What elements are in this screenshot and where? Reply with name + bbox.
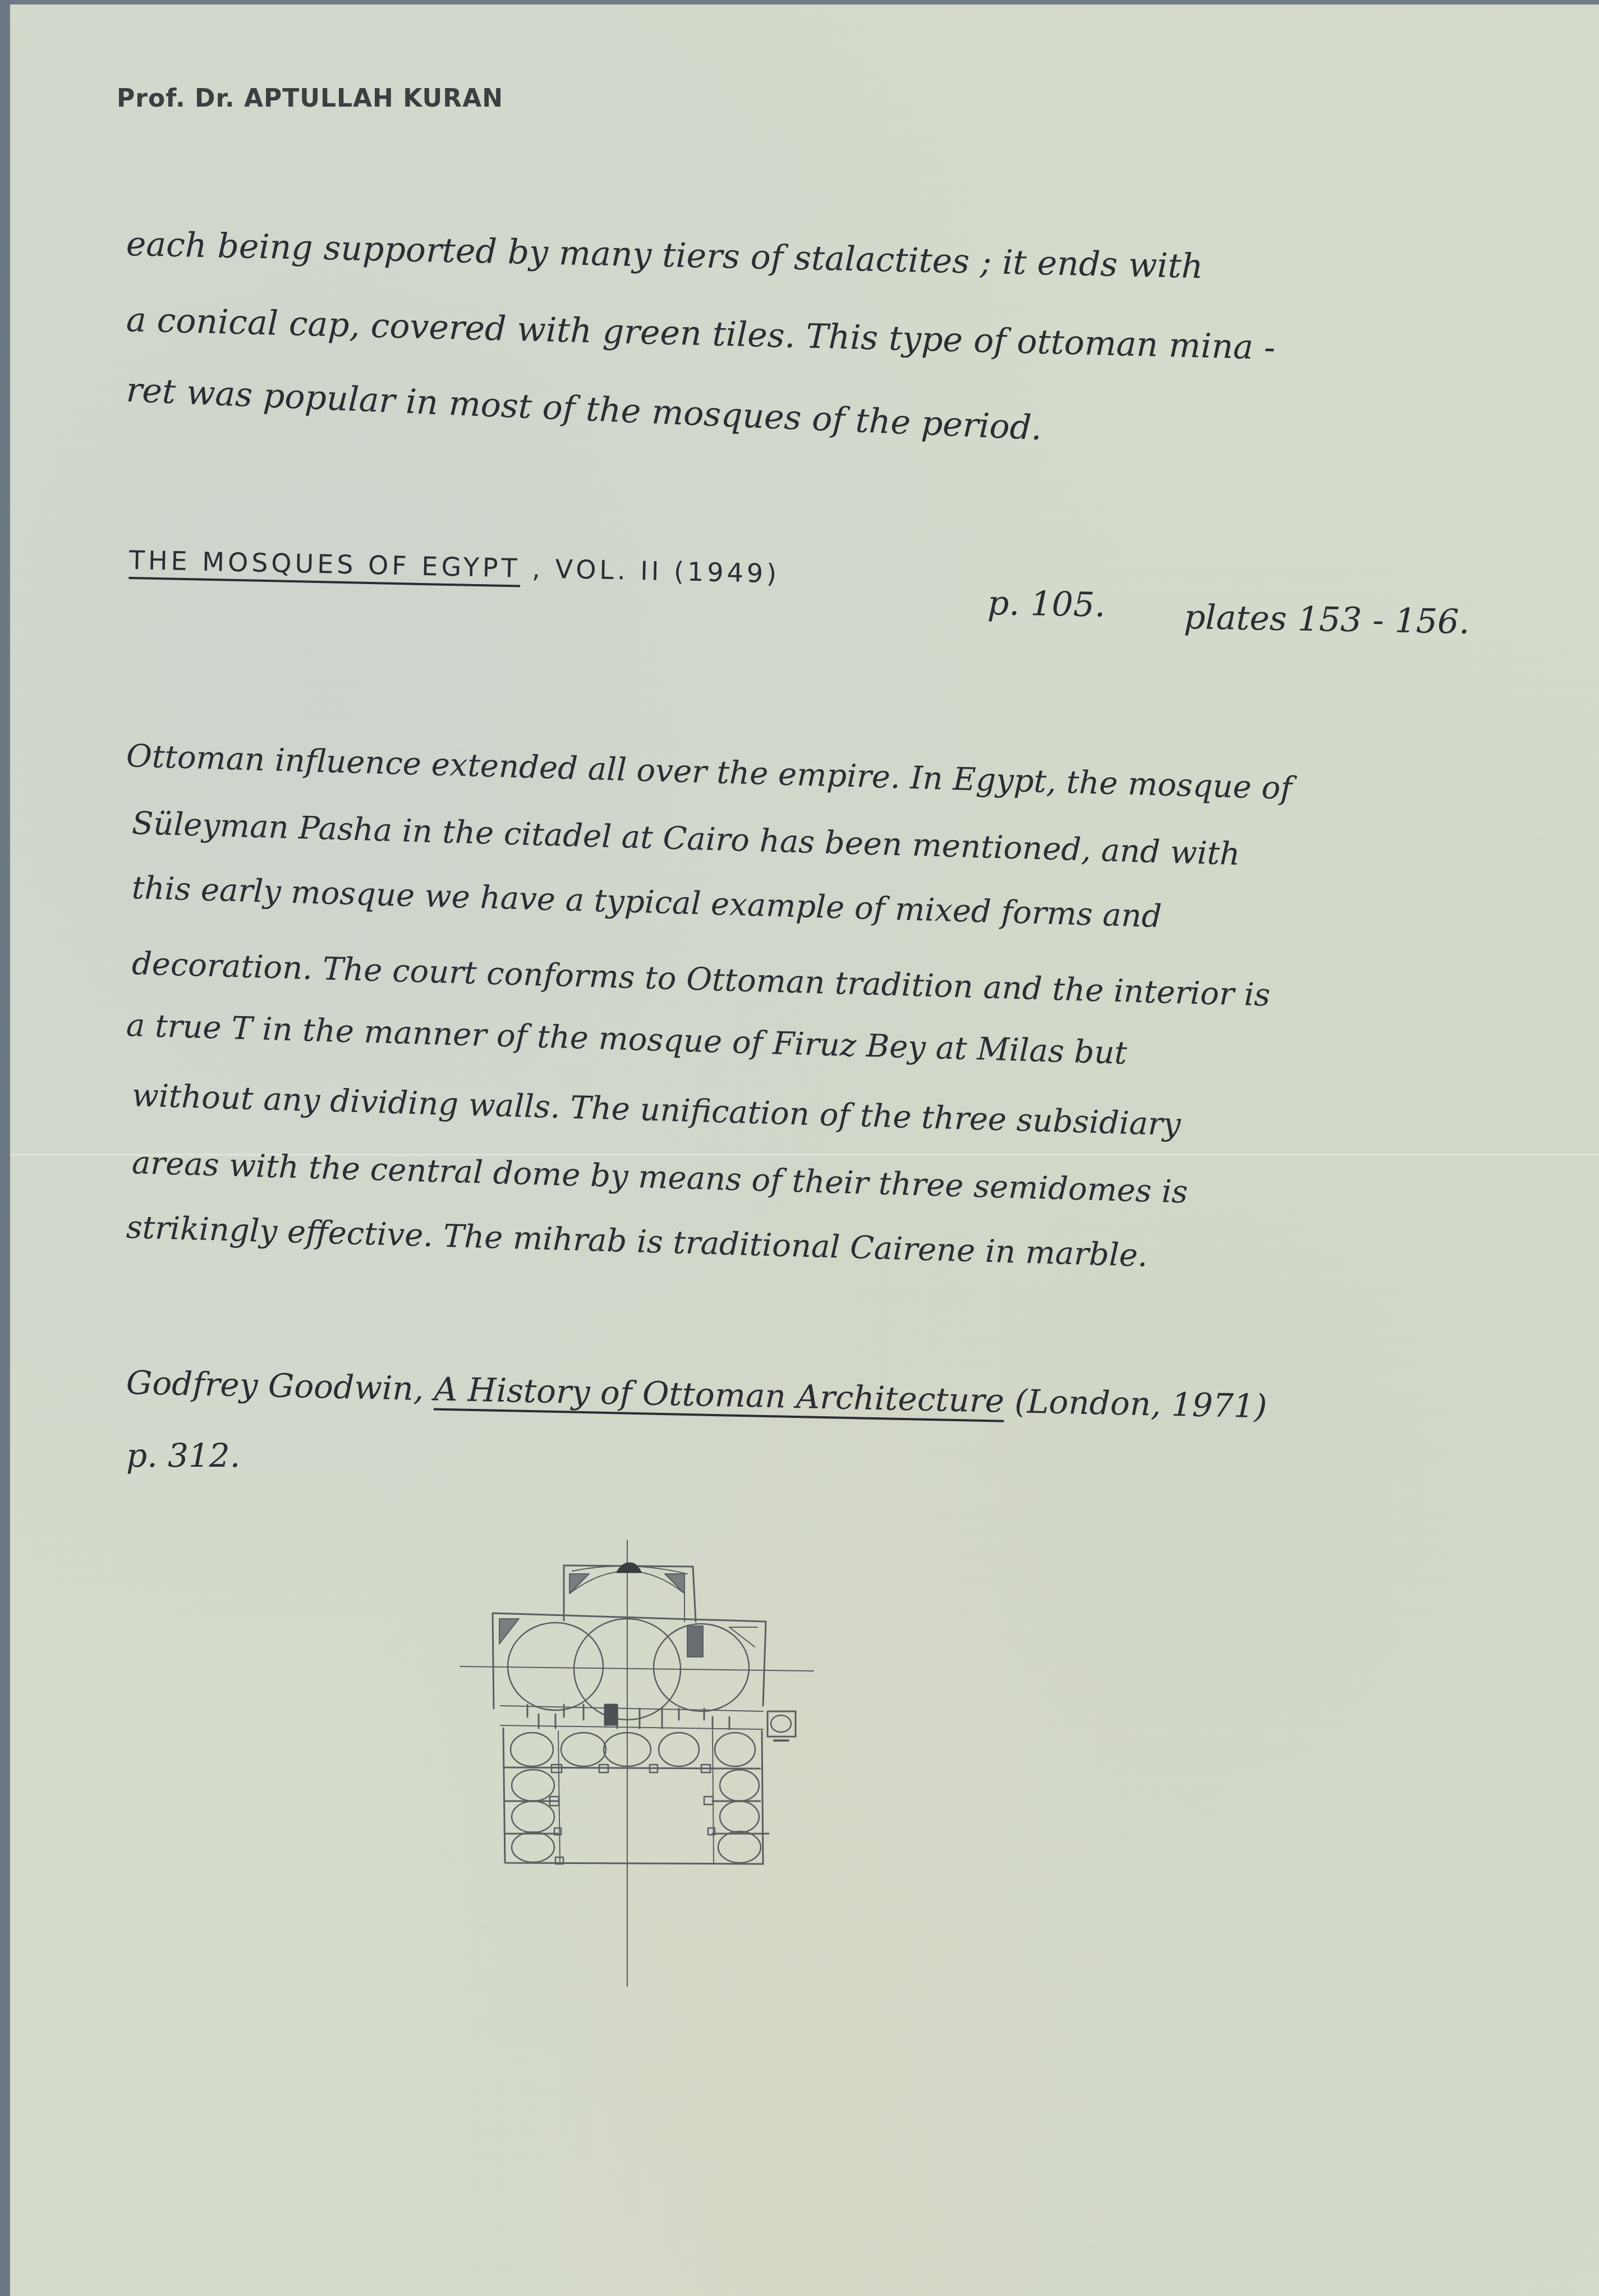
- perforated-edge: [10, 0, 1599, 7]
- mihrab-niche: [617, 1563, 641, 1572]
- courtyard-dome: [715, 1733, 755, 1766]
- citation-1-page: p. 105.: [987, 586, 1105, 622]
- minbar: [687, 1626, 703, 1657]
- scan-border: [0, 0, 10, 2296]
- citation-1-volume: , VOL. II: [532, 553, 663, 586]
- courtyard-dome: [659, 1733, 699, 1766]
- mosque-floor-plan-sketch: [449, 1526, 842, 2003]
- citation-2-publication: (London, 1971): [1014, 1382, 1267, 1425]
- citation-1-year: (1949): [673, 556, 780, 589]
- courtyard-dome: [561, 1733, 606, 1766]
- citation-2-author: Godfrey Goodwin,: [126, 1363, 424, 1408]
- courtyard-dome: [511, 1733, 553, 1766]
- semidome-left: [508, 1623, 603, 1710]
- citation-2-page: p. 312.: [126, 1439, 240, 1472]
- axis-line: [460, 1666, 814, 1671]
- letterhead: Prof. Dr. APTULLAH KURAN: [117, 84, 503, 113]
- citation-1-plates: plates 153 - 156.: [1183, 600, 1469, 639]
